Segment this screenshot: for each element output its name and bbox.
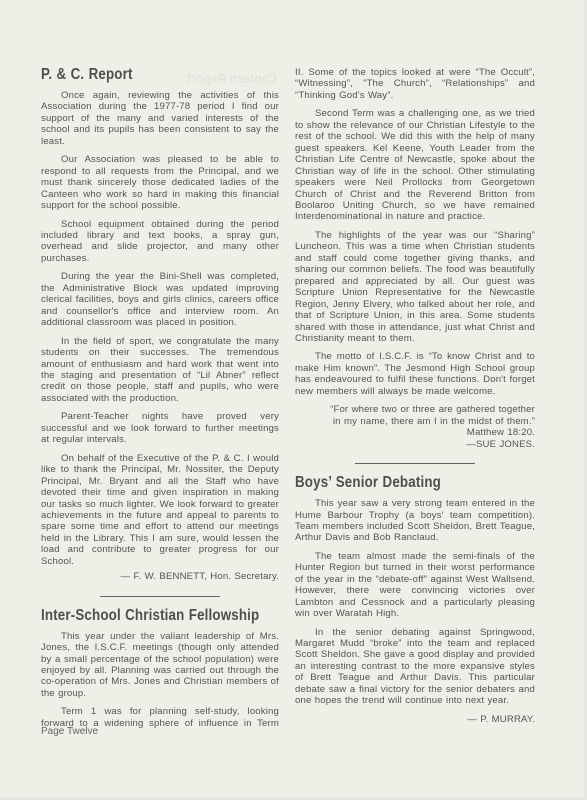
debating-paragraph: The team almost made the semi-finals of … [295, 551, 535, 620]
quote-line: in my name, there am I in the midst of t… [295, 416, 535, 427]
page-number: Page Twelve [41, 726, 98, 737]
pc-signature: — F. W. BENNETT, Hon. Secretary. [41, 571, 279, 582]
pc-paragraph: During the year the Bini-Shell was compl… [41, 271, 279, 328]
iscf-paragraph: This year under the valiant leadership o… [41, 631, 279, 700]
magazine-page: Canteen Report P. & C. Report Once again… [0, 0, 584, 797]
iscf-paragraph: Second Term was a challenging one, as we… [295, 108, 535, 223]
pc-paragraph: Our Association was pleased to be able t… [41, 154, 279, 211]
scripture-quote: “For where two or three are gathered tog… [295, 404, 535, 450]
right-column: II. Some of the topics looked at were “T… [295, 67, 535, 732]
pc-paragraph: In the field of sport, we congratulate t… [41, 336, 279, 405]
quote-line: “For where two or three are gathered tog… [295, 404, 535, 415]
debating-paragraph: In the senior debating against Springwoo… [295, 627, 535, 707]
iscf-heading: Inter-School Christian Fellowship [41, 607, 246, 625]
iscf-paragraph: The highlights of the year was our “Shar… [295, 230, 535, 345]
pc-paragraph: Parent-Teacher nights have proved very s… [41, 411, 279, 445]
pc-paragraph: On behalf of the Executive of the P. & C… [41, 453, 279, 568]
iscf-paragraph: The motto of I.S.C.F. is “To know Christ… [295, 351, 535, 397]
quote-reference: Matthew 18:20. [295, 427, 535, 438]
debating-signature: — P. MURRAY. [295, 714, 535, 725]
pc-paragraph: School equipment obtained during the per… [41, 219, 279, 265]
section-divider [355, 463, 475, 464]
iscf-signature: —SUE JONES. [295, 439, 535, 450]
iscf-continuation: II. Some of the topics looked at were “T… [295, 67, 535, 101]
debating-heading: Boys’ Senior Debating [295, 474, 501, 492]
pc-paragraph: Once again, reviewing the activities of … [41, 90, 279, 147]
pc-report-heading: P. & C. Report [41, 66, 246, 84]
debating-paragraph: This year saw a very strong team entered… [295, 498, 535, 544]
left-column: P. & C. Report Once again, reviewing the… [41, 66, 279, 736]
section-divider [100, 596, 220, 597]
